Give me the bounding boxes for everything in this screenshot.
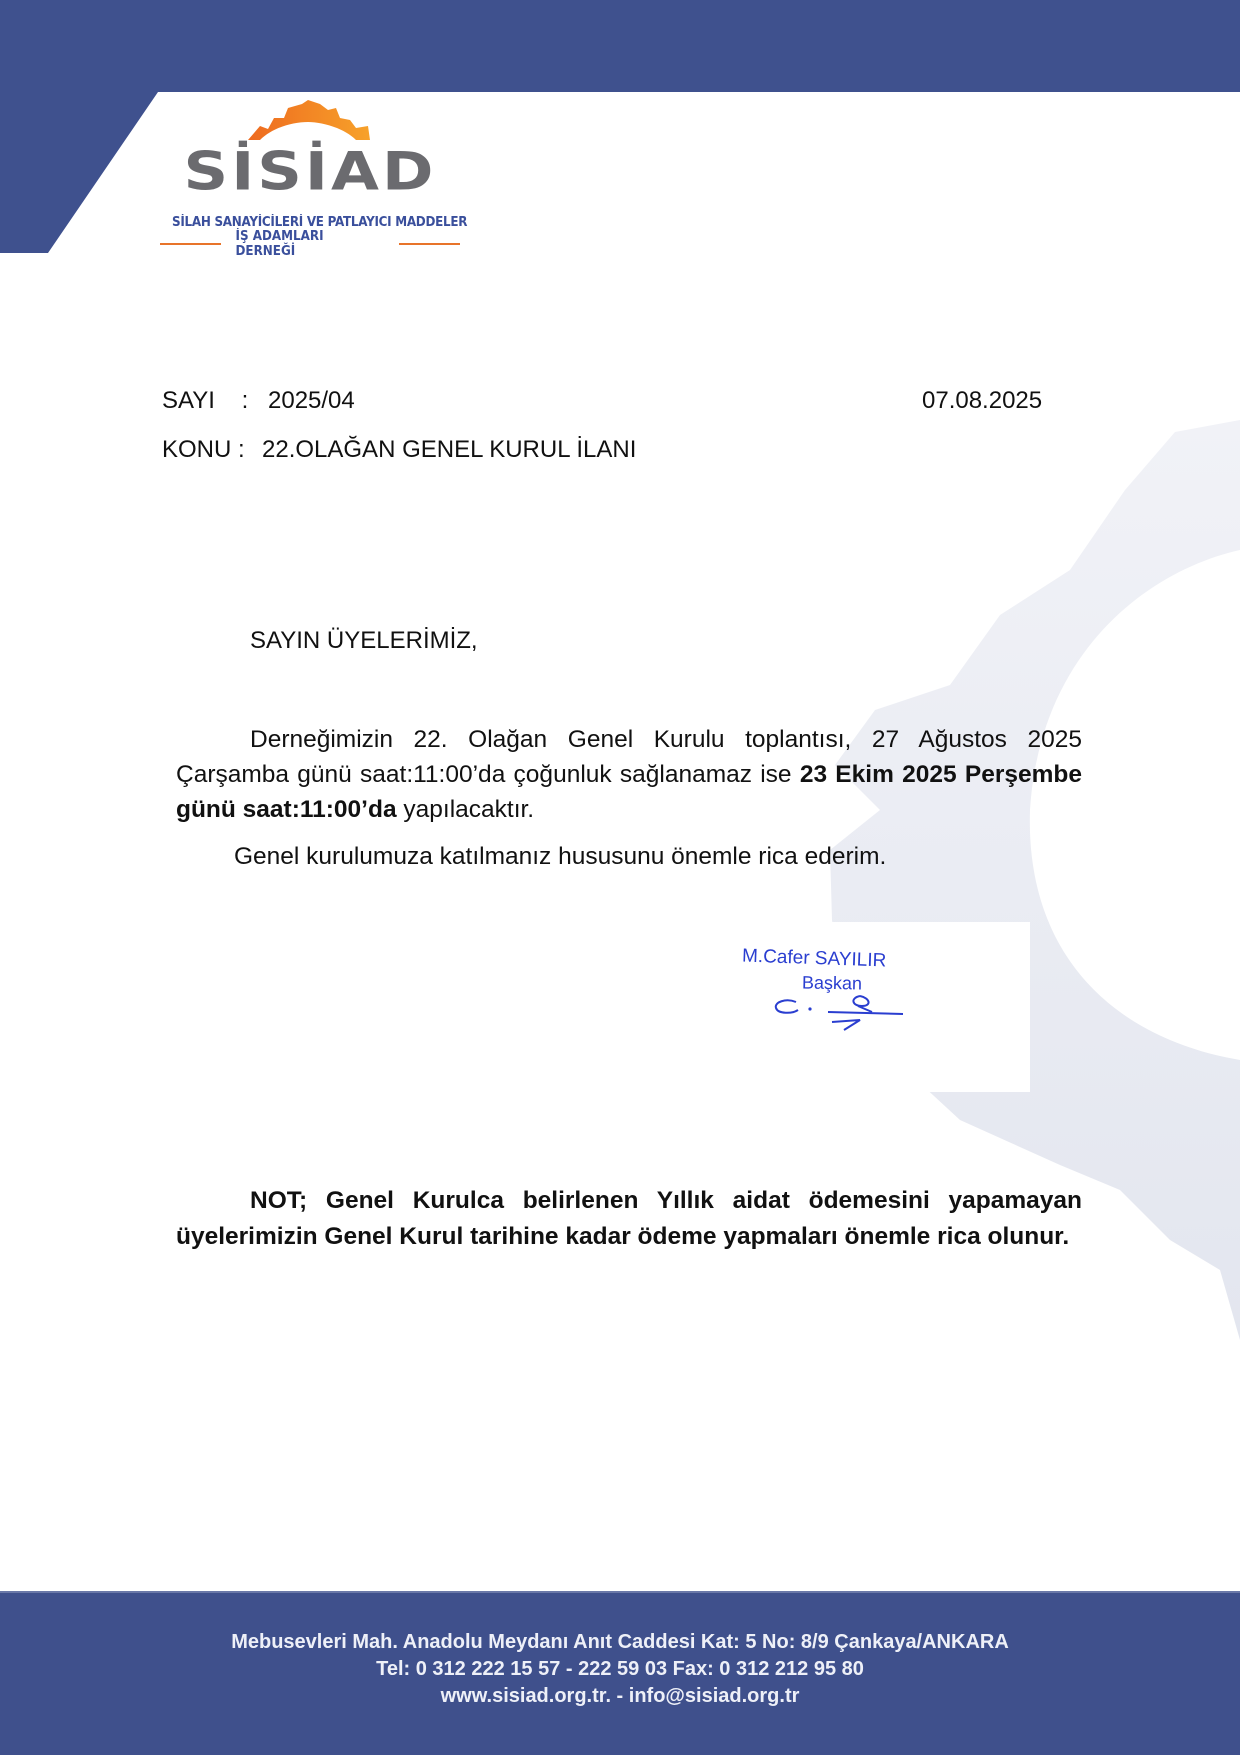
logo-subtitle-line2-text: İŞ ADAMLARI DERNEĞİ [235,229,384,259]
closing-sentence: Genel kurulumuza katılmanız hususunu öne… [234,843,886,871]
handwritten-signature-icon [768,992,938,1032]
sayi-value: 2025/04 [268,386,355,416]
footer-address: Mebusevleri Mah. Anadolu Meydanı Anıt Ca… [0,1629,1240,1656]
note-paragraph: NOT; Genel Kurulca belirlenen Yıllık aid… [176,1183,1082,1255]
footer-phones: Tel: 0 312 222 15 57 - 222 59 03 Fax: 0 … [0,1656,1240,1683]
logo-subtitle-line2: İŞ ADAMLARI DERNEĞİ [160,234,460,254]
signature-block: M.Cafer SAYILIR Başkan [700,922,1030,1092]
sisiad-logo: SİSİAD SİLAH SANAYİCİLERİ VE PATLAYICI M… [160,96,460,261]
logo-rule-right [399,243,460,245]
konu-value: 22.OLAĞAN GENEL KURUL İLANI [262,435,636,465]
salutation: SAYIN ÜYELERİMİZ, [250,627,478,655]
footer: Mebusevleri Mah. Anadolu Meydanı Anıt Ca… [0,1591,1240,1755]
konu-label: KONU : [162,435,245,465]
paragraph-text-end: yapılacaktır. [397,796,535,823]
logo-wordmark: SİSİAD [162,146,458,197]
document-date: 07.08.2025 [922,386,1042,416]
logo-rule-left [160,243,221,245]
signatory-name: M.Cafer SAYILIR [742,945,887,972]
footer-web-email[interactable]: www.sisiad.org.tr. - info@sisiad.org.tr [0,1683,1240,1710]
logo-subtitle-line1: SİLAH SANAYİCİLERİ VE PATLAYICI MADDELER [172,215,448,230]
sayi-label: SAYI : [162,386,248,416]
body-paragraph: Derneğimizin 22. Olağan Genel Kurulu top… [176,722,1082,827]
note-text: NOT; Genel Kurulca belirlenen Yıllık aid… [176,1187,1082,1250]
